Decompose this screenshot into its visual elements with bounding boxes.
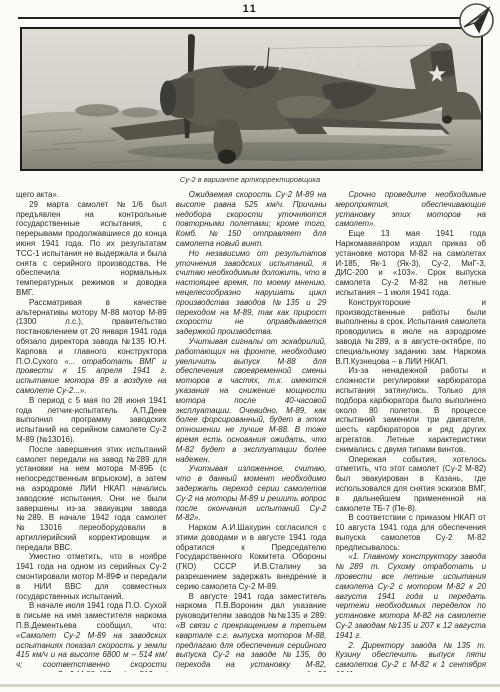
body-text: Рассматривая в качестве альтернативы мот…	[16, 298, 167, 366]
quoted-text: Учитывая сигналы от эскадрилий, работающ…	[176, 337, 327, 464]
paragraph: Учитывая изложенное, считаю, что в данны…	[176, 464, 327, 523]
paragraph: Уместно отметить, что в ноябре 1941 года…	[16, 552, 167, 601]
paragraph: Срочно проведите необходимые мероприятия…	[335, 190, 486, 229]
paragraph: В августе 1941 года заместитель наркома …	[176, 592, 327, 672]
paragraph: Учитывая сигналы от эскадрилий, работающ…	[176, 337, 327, 464]
paragraph: «1. Главному конструктору завода №289 т.…	[335, 552, 486, 640]
photo-caption: Су-2 в варианте арткорректировщика	[0, 175, 500, 184]
body-text: щего акта».	[16, 190, 59, 199]
paragraph: щего акта».	[16, 190, 167, 200]
paragraph: Конструкторские и производственные работ…	[335, 298, 486, 367]
aircraft-photo	[20, 27, 483, 171]
paragraph: Нарком А.И.Шахурин согласился с этими до…	[176, 523, 327, 592]
body-text: После завершения этих испытаний самолет …	[16, 445, 167, 552]
paragraph: 2. Директору завода №135 т. Кузину обесп…	[335, 641, 486, 672]
quoted-text: Срочно проведите необходимые мероприятия…	[335, 190, 486, 228]
scanned-page: 11	[0, 0, 500, 672]
footer-rule	[0, 684, 500, 687]
paragraph: В начале июля 1941 года П.О. Сухой в пис…	[16, 601, 167, 672]
aircraft-shadow	[127, 142, 447, 161]
paragraph: Ожидаемая скорость Су-2 М-89 на высоте р…	[176, 190, 327, 249]
publisher-logo-icon	[458, 2, 495, 39]
paragraph: В соответствии с приказом НКАП от 10 авг…	[335, 513, 486, 552]
quoted-text: 2. Директору завода №135 т. Кузину обесп…	[335, 641, 486, 672]
paragraph: После завершения этих испытаний самолет …	[16, 445, 167, 553]
body-text: Уместно отметить, что в ноябре 1941 года…	[16, 552, 167, 600]
body-text: В соответствии с приказом НКАП от 10 авг…	[335, 513, 486, 551]
quoted-text: Учитывая изложенное, считаю, что в данны…	[176, 464, 327, 522]
body-text: Нарком А.И.Шахурин согласился с этими до…	[176, 523, 327, 591]
body-text: 29 марта самолет №1/6 был предъявлен на …	[16, 200, 167, 297]
paragraph: В период с 5 мая по 28 июня 1941 года ле…	[16, 396, 167, 445]
text-columns: щего акта».29 марта самолет №1/6 был пре…	[16, 190, 486, 672]
body-text: Конструкторские и производственные работ…	[335, 298, 486, 366]
body-text: В начале июля 1941 года П.О. Сухой в пис…	[16, 601, 167, 630]
paragraph: Еще 13 мая 1941 года Наркомавиапром изда…	[335, 229, 486, 298]
body-text: Опережая события, хотелось отметить, что…	[335, 455, 486, 513]
paragraph: Опережая события, хотелось отметить, что…	[335, 455, 486, 514]
body-text: Еще 13 мая 1941 года Наркомавиапром изда…	[335, 229, 486, 297]
paragraph: Из-за ненадежной работы и сложности регу…	[335, 366, 486, 454]
quoted-text: Но независимо от результатов уточнения з…	[176, 249, 327, 336]
paragraph: 29 марта самолет №1/6 был предъявлен на …	[16, 200, 167, 298]
paragraph: Рассматривая в качестве альтернативы мот…	[16, 298, 167, 396]
body-text: Из-за ненадежной работы и сложности регу…	[335, 366, 486, 453]
text-column-2: Ожидаемая скорость Су-2 М-89 на высоте р…	[176, 190, 327, 672]
page-number: 11	[0, 0, 500, 15]
quoted-text: «В связи с прекращением в третьем кварта…	[176, 621, 327, 672]
header-rule	[18, 17, 476, 19]
paragraph: Но независимо от результатов уточнения з…	[176, 249, 327, 337]
quoted-text: «1. Главному конструктору завода №289 т.…	[335, 552, 486, 639]
quoted-text: Ожидаемая скорость Су-2 М-89 на высоте р…	[176, 190, 327, 248]
text-column-3: Срочно проведите необходимые мероприятия…	[335, 190, 486, 672]
text-column-1: щего акта».29 марта самолет №1/6 был пре…	[16, 190, 167, 672]
body-text: В период с 5 мая по 28 июня 1941 года ле…	[16, 396, 167, 444]
body-text: В августе 1941 года заместитель наркома …	[176, 592, 327, 621]
quoted-text: «Самолет Су-2 М-89 на заводских испытани…	[16, 631, 167, 672]
